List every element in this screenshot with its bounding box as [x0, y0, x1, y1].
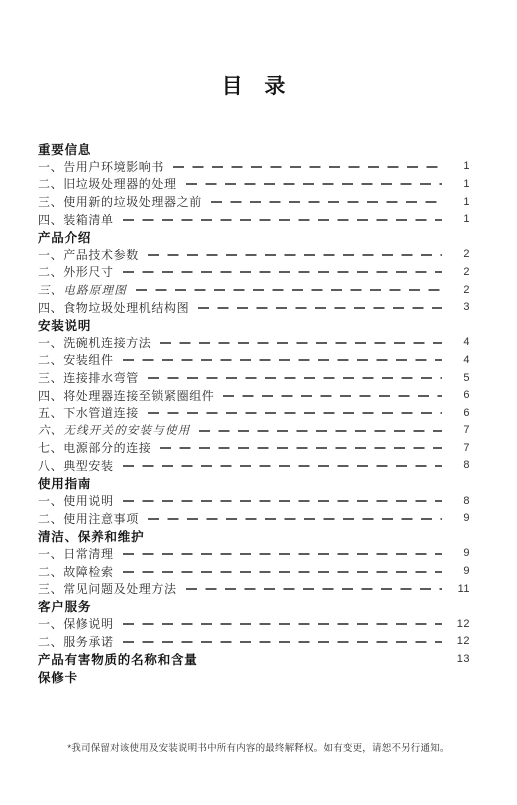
- toc-item-row: 一、日常清理9: [38, 545, 470, 563]
- toc-item-row: 一、保修说明12: [38, 615, 470, 633]
- toc-item-row: 二、旧垃圾处理器的处理1: [38, 175, 470, 193]
- toc-item-label: 一、使用说明: [38, 492, 114, 509]
- footer-disclaimer: *我司保留对该使用及安装说明书中所有内容的最终解释权。如有变更，请恕不另行通知。: [0, 740, 517, 754]
- toc-section-header-row: 保修卡: [38, 668, 470, 686]
- toc-item-row: 三、使用新的垃圾处理器之前1: [38, 193, 470, 211]
- toc-item-row: 四、食物垃圾处理机结构图3: [38, 298, 470, 316]
- page-title: 目 录: [38, 70, 470, 100]
- dash-leader: [123, 553, 442, 555]
- toc-item-label: 二、安装组件: [38, 351, 114, 368]
- toc-item-row: 八、典型安装8: [38, 457, 470, 475]
- page-number: 8: [452, 495, 470, 507]
- page-number: 7: [452, 442, 470, 454]
- page-number: 4: [452, 336, 470, 348]
- dash-leader: [123, 271, 442, 273]
- toc-section-header-row: 使用指南: [38, 474, 470, 492]
- toc-section-header-row: 产品有害物质的名称和含量13: [38, 650, 470, 668]
- dash-leader: [123, 500, 442, 502]
- toc-item-row: 二、故障检索9: [38, 562, 470, 580]
- toc-item-row: 一、使用说明8: [38, 492, 470, 510]
- toc-item-row: 六、无线开关的安装与使用7: [38, 422, 470, 440]
- toc-item-label: 七、电源部分的连接: [38, 439, 151, 456]
- page-number: 11: [452, 583, 470, 595]
- dash-leader: [148, 518, 442, 520]
- toc-item-label: 三、电路原理图: [38, 282, 127, 298]
- toc-item-label: 五、下水管道连接: [38, 404, 139, 421]
- toc-item-label: 一、日常清理: [38, 545, 114, 562]
- page-number: 2: [452, 284, 470, 296]
- dash-leader: [123, 465, 442, 467]
- toc-item-label: 六、无线开关的安装与使用: [38, 422, 190, 438]
- toc-item-row: 一、告用户环境影响书1: [38, 158, 470, 176]
- dash-leader: [173, 166, 442, 168]
- dash-leader: [148, 412, 442, 414]
- toc-section-header: 重要信息: [38, 140, 91, 158]
- toc-item-row: 一、产品技术参数2: [38, 246, 470, 264]
- toc-item-label: 二、使用注意事项: [38, 510, 139, 527]
- toc-section-header: 安装说明: [38, 316, 91, 334]
- dash-leader: [123, 219, 442, 221]
- dash-leader: [186, 183, 442, 185]
- toc-section-header: 使用指南: [38, 474, 91, 492]
- page-number: 2: [452, 248, 470, 260]
- page-number: 2: [452, 266, 470, 278]
- toc-item-row: 四、装箱清单1: [38, 210, 470, 228]
- page-number: 6: [452, 389, 470, 401]
- toc-item-row: 二、安装组件4: [38, 351, 470, 369]
- toc-item-label: 八、典型安装: [38, 457, 114, 474]
- dash-leader: [123, 641, 442, 643]
- dash-leader: [223, 395, 442, 397]
- toc-item-row: 五、下水管道连接6: [38, 404, 470, 422]
- toc-section-header: 清洁、保养和维护: [38, 527, 144, 545]
- toc-section-header-row: 客户服务: [38, 597, 470, 615]
- dash-leader: [123, 623, 442, 625]
- page-number: 1: [452, 178, 470, 190]
- page-number: 1: [452, 160, 470, 172]
- page-number: 5: [452, 372, 470, 384]
- toc-section-header-row: 清洁、保养和维护: [38, 527, 470, 545]
- toc-section-header-row: 产品介绍: [38, 228, 470, 246]
- toc-item-row: 四、将处理器连接至锁紧圈组件6: [38, 386, 470, 404]
- toc-section-header: 产品有害物质的名称和含量: [38, 650, 198, 668]
- page-number: 8: [452, 459, 470, 471]
- dash-leader: [123, 571, 442, 573]
- dash-leader: [136, 289, 442, 291]
- toc-section-header: 保修卡: [38, 668, 78, 686]
- toc-item-label: 二、旧垃圾处理器的处理: [38, 175, 177, 192]
- toc-item-row: 七、电源部分的连接7: [38, 439, 470, 457]
- toc-item-label: 四、食物垃圾处理机结构图: [38, 299, 189, 316]
- page-number: 6: [452, 407, 470, 419]
- toc-item-label: 二、外形尺寸: [38, 263, 114, 280]
- dash-leader: [123, 359, 442, 361]
- toc-item-label: 三、使用新的垃圾处理器之前: [38, 193, 202, 210]
- page-number: 1: [452, 213, 470, 225]
- toc-item-row: 三、连接排水弯管5: [38, 369, 470, 387]
- page-number: 3: [452, 301, 470, 313]
- toc-item-label: 三、常见问题及处理方法: [38, 580, 177, 597]
- page-number: 9: [452, 547, 470, 559]
- toc-item-label: 三、连接排水弯管: [38, 369, 139, 386]
- page-number: 9: [452, 565, 470, 577]
- page-number: 4: [452, 354, 470, 366]
- page-number: 13: [452, 653, 470, 665]
- toc-item-label: 一、洗碗机连接方法: [38, 334, 151, 351]
- toc-section-header-row: 安装说明: [38, 316, 470, 334]
- toc-item-label: 二、故障检索: [38, 563, 114, 580]
- page-number: 1: [452, 196, 470, 208]
- dash-leader: [198, 307, 442, 309]
- toc-item-row: 二、外形尺寸2: [38, 263, 470, 281]
- toc-item-row: 二、使用注意事项9: [38, 509, 470, 527]
- dash-leader: [211, 201, 442, 203]
- page-number: 12: [452, 635, 470, 647]
- dash-leader: [148, 377, 442, 379]
- page-number: 7: [452, 424, 470, 436]
- toc-item-label: 四、将处理器连接至锁紧圈组件: [38, 387, 214, 404]
- dash-leader: [160, 342, 442, 344]
- toc-item-label: 四、装箱清单: [38, 211, 114, 228]
- dash-leader: [160, 447, 442, 449]
- toc-item-row: 三、电路原理图2: [38, 281, 470, 299]
- dash-leader: [199, 430, 442, 432]
- toc-list: 重要信息一、告用户环境影响书1二、旧垃圾处理器的处理1三、使用新的垃圾处理器之前…: [38, 140, 470, 685]
- page-number: 12: [452, 618, 470, 630]
- dash-leader: [186, 588, 442, 590]
- toc-item-label: 一、产品技术参数: [38, 246, 139, 263]
- toc-item-row: 二、服务承诺12: [38, 633, 470, 651]
- toc-section-header: 产品介绍: [38, 228, 91, 246]
- toc-section-header-row: 重要信息: [38, 140, 470, 158]
- page-number: 9: [452, 512, 470, 524]
- toc-item-row: 一、洗碗机连接方法4: [38, 334, 470, 352]
- toc-item-row: 三、常见问题及处理方法11: [38, 580, 470, 598]
- dash-leader: [148, 254, 442, 256]
- toc-section-header: 客户服务: [38, 597, 91, 615]
- toc-item-label: 二、服务承诺: [38, 633, 114, 650]
- toc-item-label: 一、告用户环境影响书: [38, 158, 164, 175]
- toc-item-label: 一、保修说明: [38, 615, 114, 632]
